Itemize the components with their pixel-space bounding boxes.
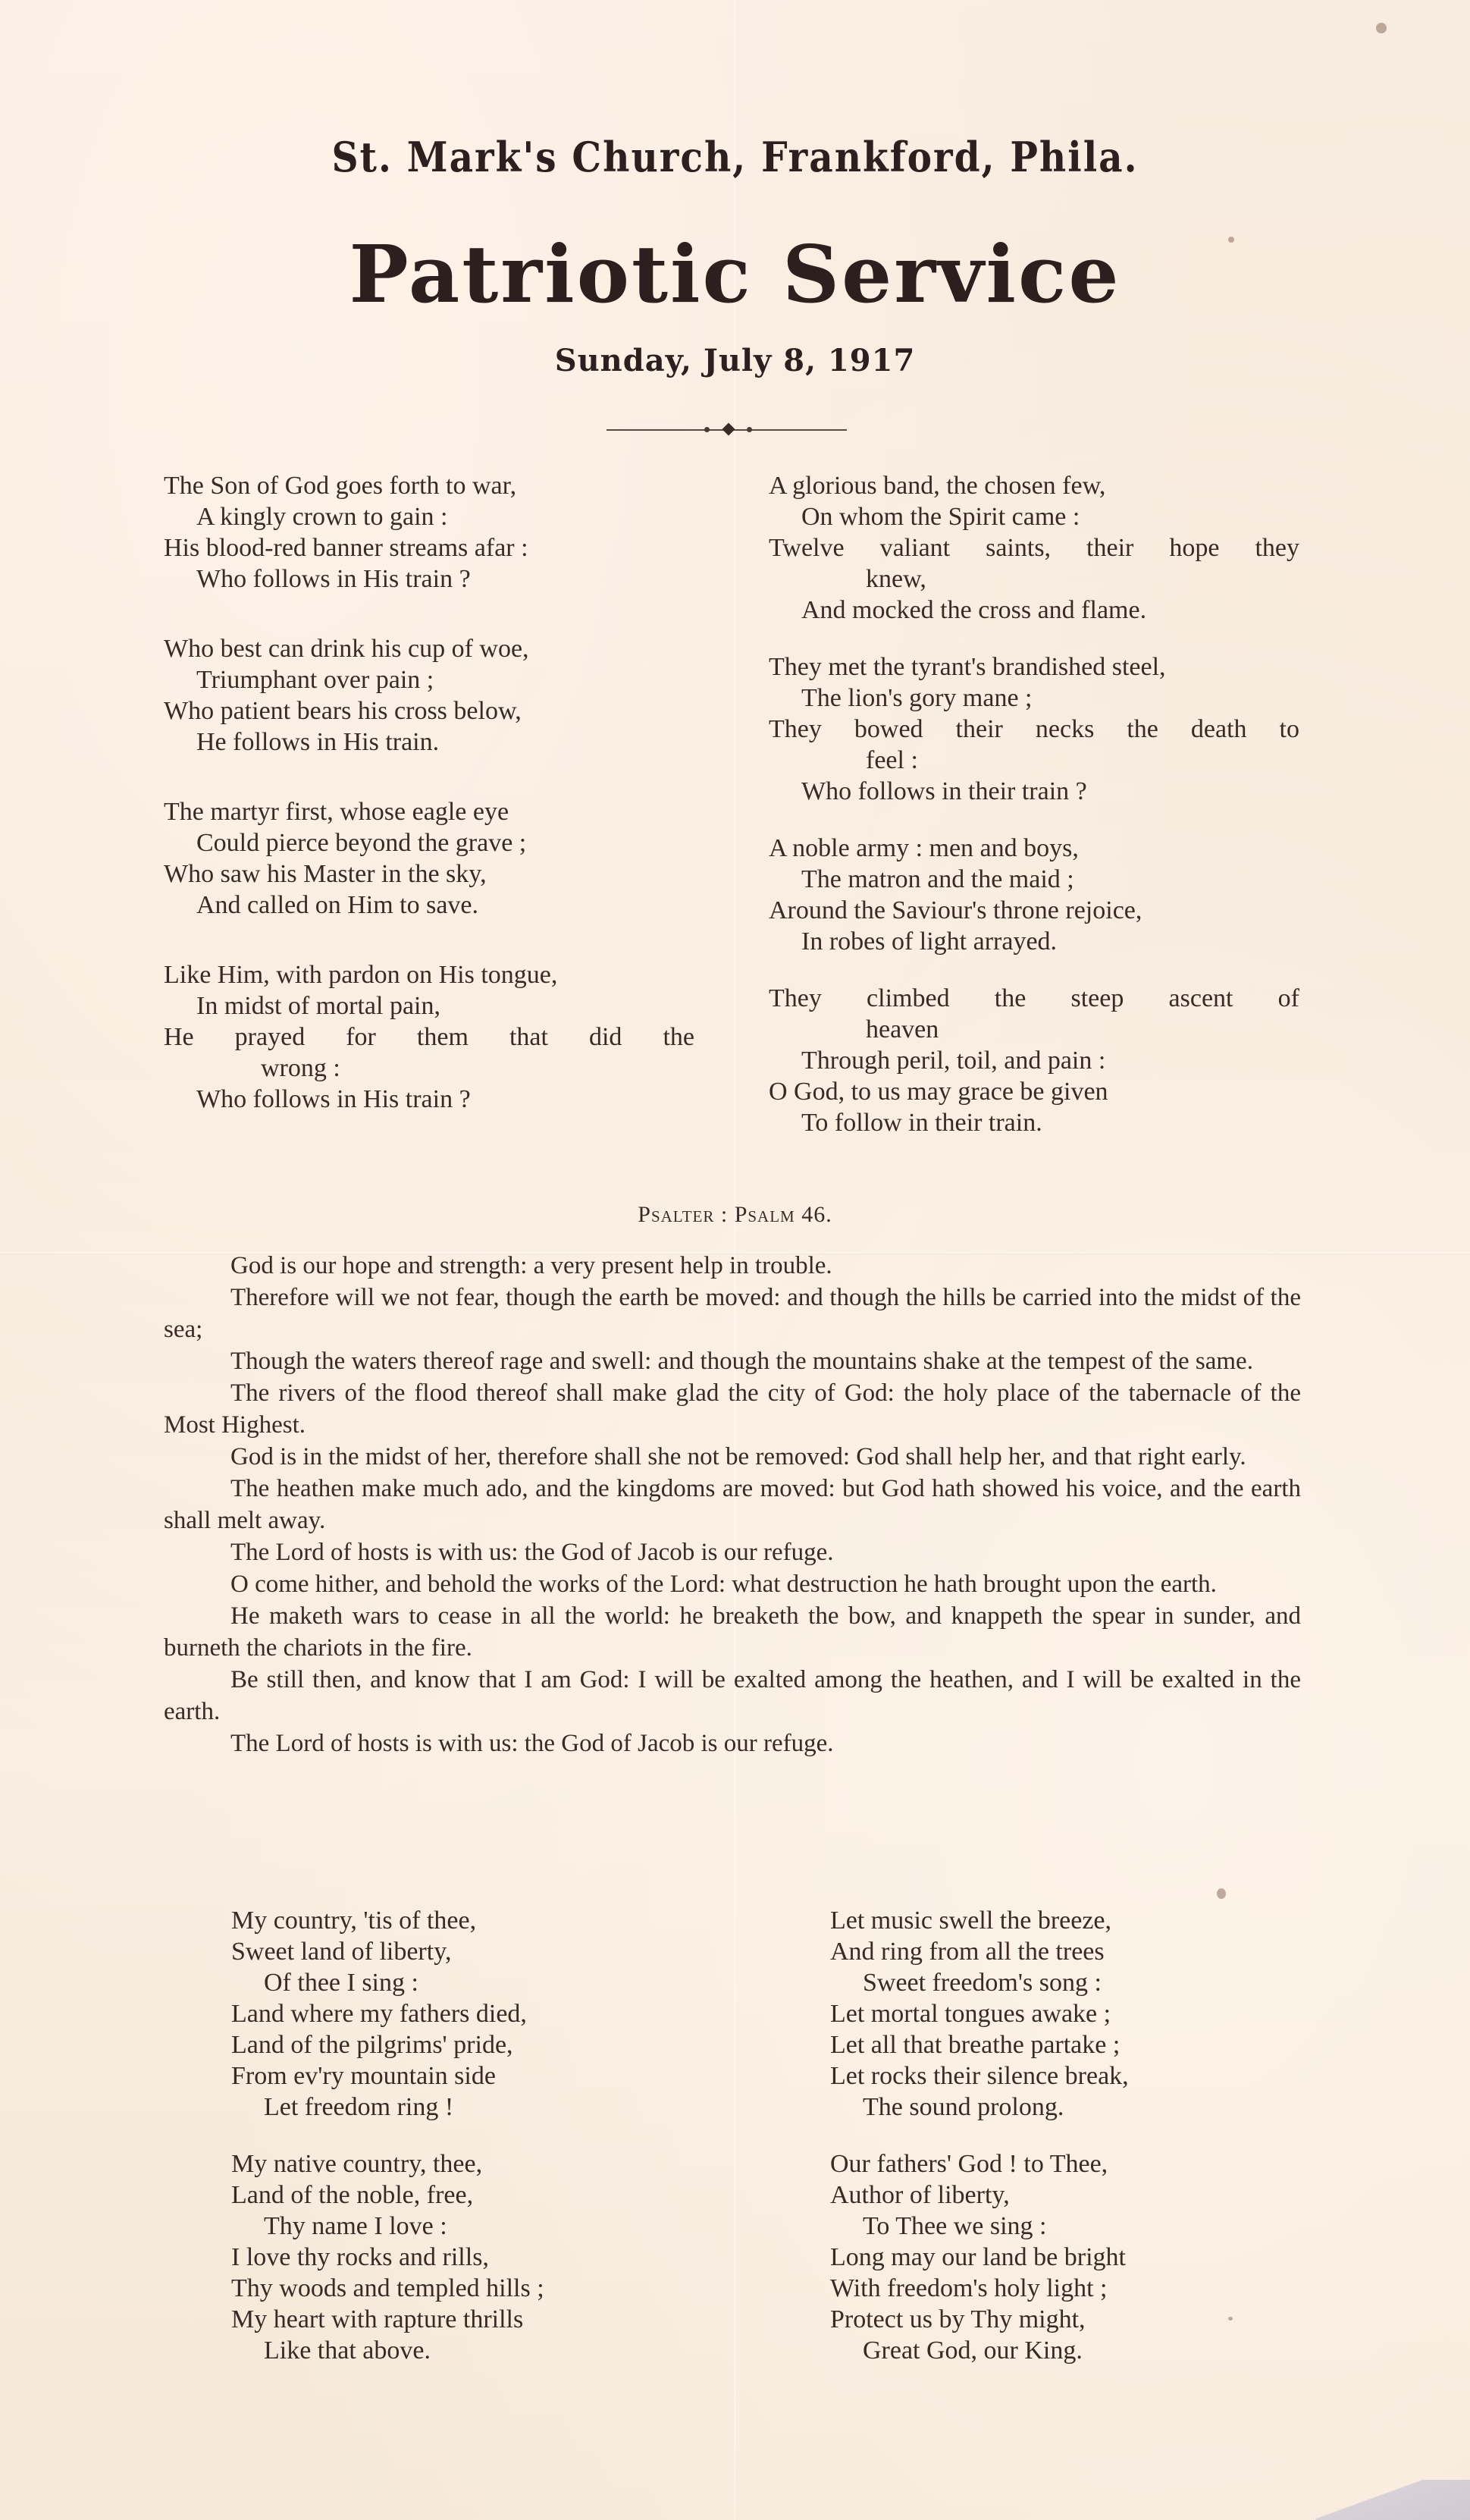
psalm-verse: O come hither, and behold the works of t… xyxy=(164,1568,1301,1600)
hymn2-right-column: Let music swell the breeze,And ring from… xyxy=(830,1905,1285,2392)
verse-line: And ring from all the trees xyxy=(830,1936,1285,1967)
stanza: Who best can drink his cup of woe,Triump… xyxy=(164,633,694,758)
psalm-verse: Therefore will we not fear, though the e… xyxy=(164,1282,1301,1345)
verse-line: My heart with rapture thrills xyxy=(231,2304,686,2335)
verse-line: knew, xyxy=(769,563,1299,595)
verse-line: Twelve valiant saints, their hope they xyxy=(769,532,1299,563)
service-date: Sunday, July 8, 1917 xyxy=(0,343,1470,378)
psalm-verse: The Lord of hosts is with us: the God of… xyxy=(164,1536,1301,1568)
psalter-heading: Psalter : Psalm 46. xyxy=(0,1202,1470,1228)
verse-line: Of thee I sing : xyxy=(231,1967,686,1998)
stanza: A glorious band, the chosen few,On whom … xyxy=(769,470,1299,626)
verse-line: Could pierce beyond the grave ; xyxy=(164,827,694,858)
divider-dot xyxy=(747,427,752,432)
verse-line: He follows in His train. xyxy=(164,727,694,758)
verse-line: I love thy rocks and rills, xyxy=(231,2242,686,2273)
torn-corner xyxy=(1315,2480,1470,2520)
verse-line: Around the Saviour's throne rejoice, xyxy=(769,895,1299,926)
verse-line: Like Him, with pardon on His tongue, xyxy=(164,959,694,990)
verse-line: Author of liberty, xyxy=(830,2180,1285,2211)
verse-line: Triumphant over pain ; xyxy=(164,664,694,695)
verse-line: The sound prolong. xyxy=(830,2092,1285,2123)
verse-line: heaven xyxy=(769,1014,1299,1045)
stanza: My native country, thee,Land of the nobl… xyxy=(231,2148,686,2366)
psalm-verse: God is in the midst of her, therefore sh… xyxy=(164,1441,1301,1473)
stanza: They climbed the steep ascent ofheavenTh… xyxy=(769,983,1299,1138)
verse-line: Who best can drink his cup of woe, xyxy=(164,633,694,664)
verse-line: O God, to us may grace be given xyxy=(769,1076,1299,1107)
verse-line: My country, 'tis of thee, xyxy=(231,1905,686,1936)
hymn1-left-column: The Son of God goes forth to war,A kingl… xyxy=(164,470,694,1153)
psalm-verse: God is our hope and strength: a very pre… xyxy=(164,1250,1301,1282)
verse-line: feel : xyxy=(769,745,1299,776)
verse-line: Protect us by Thy might, xyxy=(830,2304,1285,2335)
church-name-heading: St. Mark's Church, Frankford, Phila. xyxy=(0,133,1470,181)
psalm-verse: Though the waters thereof rage and swell… xyxy=(164,1345,1301,1377)
verse-line: The lion's gory mane ; xyxy=(769,683,1299,714)
verse-line: He prayed for them that did the xyxy=(164,1021,694,1053)
service-title: Patriotic Service xyxy=(0,228,1470,321)
stanza: Let music swell the breeze,And ring from… xyxy=(830,1905,1285,2123)
verse-line: wrong : xyxy=(164,1053,694,1084)
verse-line: A kingly crown to gain : xyxy=(164,501,694,532)
verse-line: Let mortal tongues awake ; xyxy=(830,1998,1285,2029)
verse-line: They climbed the steep ascent of xyxy=(769,983,1299,1014)
verse-line: Let music swell the breeze, xyxy=(830,1905,1285,1936)
stanza: They met the tyrant's brandished steel,T… xyxy=(769,651,1299,807)
verse-line: In midst of mortal pain, xyxy=(164,990,694,1021)
ink-speck xyxy=(1376,23,1387,33)
verse-line: Sweet land of liberty, xyxy=(231,1936,686,1967)
psalm-verse: The Lord of hosts is with us: the God of… xyxy=(164,1728,1301,1759)
verse-line: Land where my fathers died, xyxy=(231,1998,686,2029)
verse-line: To Thee we sing : xyxy=(830,2211,1285,2242)
verse-line: Who saw his Master in the sky, xyxy=(164,858,694,890)
verse-line: Thy woods and templed hills ; xyxy=(231,2273,686,2304)
verse-line: Great God, our King. xyxy=(830,2335,1285,2366)
psalm-verse: The heathen make much ado, and the kingd… xyxy=(164,1473,1301,1536)
verse-line: The martyr first, whose eagle eye xyxy=(164,796,694,827)
verse-line: From ev'ry mountain side xyxy=(231,2060,686,2092)
verse-line: Who follows in His train ? xyxy=(164,1084,694,1115)
verse-line: Land of the pilgrims' pride, xyxy=(231,2029,686,2060)
hymn1-right-column: A glorious band, the chosen few,On whom … xyxy=(769,470,1299,1164)
verse-line: Who follows in His train ? xyxy=(164,563,694,595)
verse-line: On whom the Spirit came : xyxy=(769,501,1299,532)
verse-line: The matron and the maid ; xyxy=(769,864,1299,895)
verse-line: Who patient bears his cross below, xyxy=(164,695,694,727)
stanza: My country, 'tis of thee,Sweet land of l… xyxy=(231,1905,686,2123)
verse-line: They bowed their necks the death to xyxy=(769,714,1299,745)
stanza: Like Him, with pardon on His tongue,In m… xyxy=(164,959,694,1115)
verse-line: Thy name I love : xyxy=(231,2211,686,2242)
verse-line: In robes of light arrayed. xyxy=(769,926,1299,957)
psalm-verse: He maketh wars to cease in all the world… xyxy=(164,1600,1301,1664)
stanza: The martyr first, whose eagle eyeCould p… xyxy=(164,796,694,921)
verse-line: My native country, thee, xyxy=(231,2148,686,2180)
psalm-verse: Be still then, and know that I am God: I… xyxy=(164,1664,1301,1728)
stanza: The Son of God goes forth to war,A kingl… xyxy=(164,470,694,595)
verse-line: Who follows in their train ? xyxy=(769,776,1299,807)
stanza: A noble army : men and boys,The matron a… xyxy=(769,833,1299,957)
verse-line: And mocked the cross and flame. xyxy=(769,595,1299,626)
verse-line: To follow in their train. xyxy=(769,1107,1299,1138)
psalm-text: God is our hope and strength: a very pre… xyxy=(164,1250,1301,1759)
divider-dot xyxy=(704,427,710,432)
stanza: Our fathers' God ! to Thee,Author of lib… xyxy=(830,2148,1285,2366)
verse-line: A noble army : men and boys, xyxy=(769,833,1299,864)
verse-line: They met the tyrant's brandished steel, xyxy=(769,651,1299,683)
verse-line: Like that above. xyxy=(231,2335,686,2366)
verse-line: A glorious band, the chosen few, xyxy=(769,470,1299,501)
verse-line: Long may our land be bright xyxy=(830,2242,1285,2273)
verse-line: Through peril, toil, and pain : xyxy=(769,1045,1299,1076)
verse-line: Land of the noble, free, xyxy=(231,2180,686,2211)
hymn2-left-column: My country, 'tis of thee,Sweet land of l… xyxy=(231,1905,686,2392)
ink-speck xyxy=(1217,1888,1226,1899)
psalm-verse: The rivers of the flood thereof shall ma… xyxy=(164,1377,1301,1441)
verse-line: The Son of God goes forth to war, xyxy=(164,470,694,501)
verse-line: With freedom's holy light ; xyxy=(830,2273,1285,2304)
verse-line: And called on Him to save. xyxy=(164,890,694,921)
verse-line: His blood-red banner streams afar : xyxy=(164,532,694,563)
verse-line: Sweet freedom's song : xyxy=(830,1967,1285,1998)
verse-line: Let rocks their silence break, xyxy=(830,2060,1285,2092)
verse-line: Our fathers' God ! to Thee, xyxy=(830,2148,1285,2180)
verse-line: Let freedom ring ! xyxy=(231,2092,686,2123)
verse-line: Let all that breathe partake ; xyxy=(830,2029,1285,2060)
